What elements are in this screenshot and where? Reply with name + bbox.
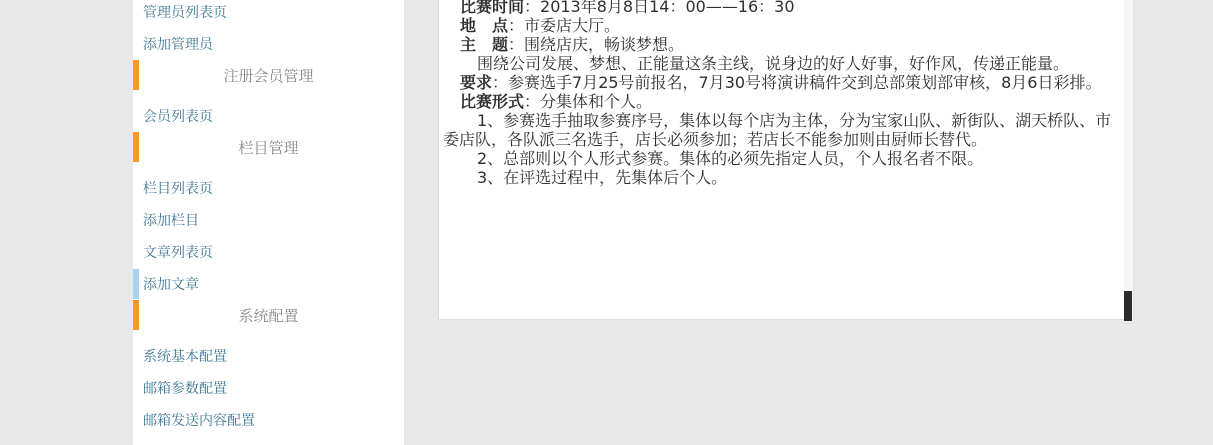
paragraph-format-item-1: 1、参赛选手抽取参赛序号，集体以每个店为主体，分为宝家山队、新街队、湖天桥队、市…: [443, 111, 1124, 149]
sidebar-item-label: 邮箱参数配置: [143, 378, 227, 398]
paragraph-text: ：围绕店庆，畅谈梦想。: [508, 35, 684, 54]
sidebar-item-member-list-page[interactable]: 会员列表页: [133, 100, 404, 132]
section-marker-icon: [133, 132, 139, 162]
paragraph-theme: 主 题：围绕店庆，畅谈梦想。: [443, 35, 1124, 54]
sidebar-nav: 管理员列表页 添加管理员 注册会员管理 会员列表页 栏目管理 栏目列表页 添加栏…: [133, 0, 404, 436]
scrollbar-track[interactable]: [1124, 0, 1134, 320]
section-marker-icon: [133, 60, 139, 90]
sidebar-item-column-list-page[interactable]: 栏目列表页: [133, 172, 404, 204]
paragraph-text: 围绕公司发展、梦想、正能量这条主线，说身边的好人好事，好作风，传递正能量。: [477, 54, 1069, 73]
paragraph-text: 2、总部则以个人形式参赛。集体的必须先指定人员，个人报名者不限。: [477, 149, 983, 168]
section-title: 系统配置: [238, 305, 298, 326]
paragraph-text: ：市委店大厅。: [508, 16, 620, 35]
paragraph-format-item-3: 3、在评选过程中，先集体后个人。: [443, 168, 1124, 187]
scrollbar-thumb[interactable]: [1124, 291, 1132, 321]
content-panel: 比赛时间：2013年8月8日14：00——16：30 地 点：市委店大厅。 主 …: [438, 0, 1124, 320]
sidebar-section-column-management[interactable]: 栏目管理: [133, 132, 404, 172]
sidebar-item-label: 会员列表页: [143, 106, 213, 126]
paragraph-label: 主 题: [460, 35, 508, 54]
sidebar-section-member-management[interactable]: 注册会员管理: [133, 60, 404, 100]
paragraph-competition-format: 比赛形式：分集体和个人。: [443, 92, 1124, 111]
sidebar-item-label: 添加管理员: [143, 34, 213, 54]
section-title: 栏目管理: [238, 137, 298, 158]
sidebar-item-label: 添加栏目: [143, 210, 199, 230]
sidebar-item-label: 文章列表页: [143, 242, 213, 262]
sidebar-item-label: 邮箱发送内容配置: [143, 410, 255, 430]
sidebar-item-add-article[interactable]: 添加文章: [133, 268, 404, 300]
section-marker-icon: [133, 300, 139, 330]
paragraph-text: ：分集体和个人。: [524, 92, 652, 111]
sidebar-item-email-content-config[interactable]: 邮箱发送内容配置: [133, 404, 404, 436]
sidebar-item-label: 系统基本配置: [143, 346, 227, 366]
paragraph-label: 比赛形式: [460, 92, 524, 111]
sidebar-item-email-param-config[interactable]: 邮箱参数配置: [133, 372, 404, 404]
paragraph-text: ：参赛选手7月25号前报名，7月30号将演讲稿件交到总部策划部审核，8月6日彩排…: [492, 73, 1101, 92]
paragraph-format-item-2: 2、总部则以个人形式参赛。集体的必须先指定人员，个人报名者不限。: [443, 149, 1124, 168]
active-item-marker-icon: [133, 269, 139, 299]
sidebar-item-add-column[interactable]: 添加栏目: [133, 204, 404, 236]
sidebar-item-label: 管理员列表页: [143, 2, 227, 22]
sidebar-item-article-list-page[interactable]: 文章列表页: [133, 236, 404, 268]
paragraph-requirements: 要求：参赛选手7月25号前报名，7月30号将演讲稿件交到总部策划部审核，8月6日…: [443, 73, 1124, 92]
paragraph-text: ：2013年8月8日14：00——16：30: [524, 0, 795, 16]
paragraph-label: 地 点: [460, 16, 508, 35]
sidebar-item-system-basic-config[interactable]: 系统基本配置: [133, 340, 404, 372]
paragraph-label: 比赛时间: [460, 0, 524, 16]
paragraph-text: 1、参赛选手抽取参赛序号，集体以每个店为主体，分为宝家山队、新街队、湖天桥队、市…: [443, 111, 1111, 149]
paragraph-theme-detail: 围绕公司发展、梦想、正能量这条主线，说身边的好人好事，好作风，传递正能量。: [443, 54, 1124, 73]
sidebar-item-label: 栏目列表页: [143, 178, 213, 198]
paragraph-text: 3、在评选过程中，先集体后个人。: [477, 168, 727, 187]
paragraph-location: 地 点：市委店大厅。: [443, 16, 1124, 35]
sidebar: 管理员列表页 添加管理员 注册会员管理 会员列表页 栏目管理 栏目列表页 添加栏…: [133, 0, 404, 445]
sidebar-item-admin-list-page[interactable]: 管理员列表页: [133, 0, 404, 28]
section-title: 注册会员管理: [223, 65, 313, 86]
sidebar-section-system-config[interactable]: 系统配置: [133, 300, 404, 340]
sidebar-item-label: 添加文章: [143, 274, 199, 294]
page-background: { "colors": { "page_background": "#E8E8E…: [0, 0, 1213, 445]
paragraph-label: 要求: [460, 73, 492, 92]
paragraph-competition-time: 比赛时间：2013年8月8日14：00——16：30: [443, 0, 1124, 16]
sidebar-item-add-admin[interactable]: 添加管理员: [133, 28, 404, 60]
